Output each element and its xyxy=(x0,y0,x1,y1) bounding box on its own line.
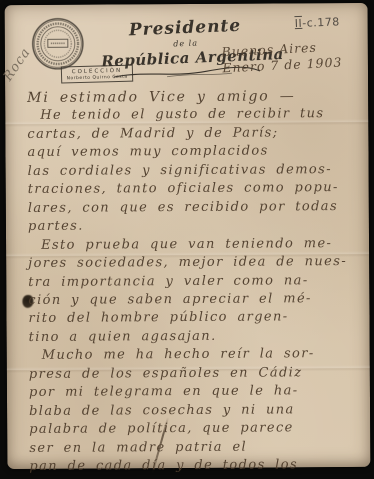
letter-line: las cordiales y significativas demos- xyxy=(28,161,364,182)
circular-seal-icon xyxy=(31,17,85,71)
archive-code-rest: -c.178 xyxy=(302,15,340,30)
archive-code: II-c.178 xyxy=(294,15,340,30)
dateline: Buenos Aires Enero 7 de 1903 xyxy=(221,38,343,76)
letter-line: cartas, de Madrid y de París; xyxy=(27,124,363,145)
letter-line: Mi estimado Vice y amigo — xyxy=(27,87,363,108)
letter-line: Mucho me ha hecho reír la sor- xyxy=(29,345,365,366)
letter-line: ser en la madre patria el xyxy=(29,438,365,459)
letter-line: partes. xyxy=(28,216,364,237)
letter-body: Mi estimado Vice y amigo — He tenido el … xyxy=(27,87,365,477)
collection-stamp-owner: Norberto Quirno Costa xyxy=(64,75,130,82)
letter-line: aquí vemos muy complacidos xyxy=(27,142,363,163)
letter-line: jores sociedades, mejor idea de nues- xyxy=(28,253,364,274)
letter-line: palabra de política, que parece xyxy=(29,419,365,440)
letter-line: por mi telegrama en que le ha- xyxy=(29,382,365,403)
letter-line: blaba de las cosechas y ni una xyxy=(29,401,365,422)
letter-line: Esto prueba que van teniendo me- xyxy=(28,235,364,256)
letter-line: He tenido el gusto de recibir tus xyxy=(27,105,363,126)
collection-stamp: COLECCIÓN Norberto Quirno Costa xyxy=(61,65,133,84)
letter-line: ción y que saben apreciar el mé- xyxy=(28,290,364,311)
letter-line: tino a quien agasajan. xyxy=(29,327,365,348)
letter-line: lares, con que es recibido por todas xyxy=(28,198,364,219)
margin-note: Roca xyxy=(1,45,34,84)
letter-line: pan de cada día y de todos los xyxy=(29,456,365,477)
letter-sheet: Presidente de la República Argentina COL… xyxy=(5,3,371,469)
letter-line: rito del hombre público argen- xyxy=(28,308,364,329)
letter-line: traciones, tanto oficiales como popu- xyxy=(28,179,364,200)
letter-line: tra importancia y valer como na- xyxy=(28,271,364,292)
letter-line: presa de los españoles en Cádiz xyxy=(29,364,365,385)
